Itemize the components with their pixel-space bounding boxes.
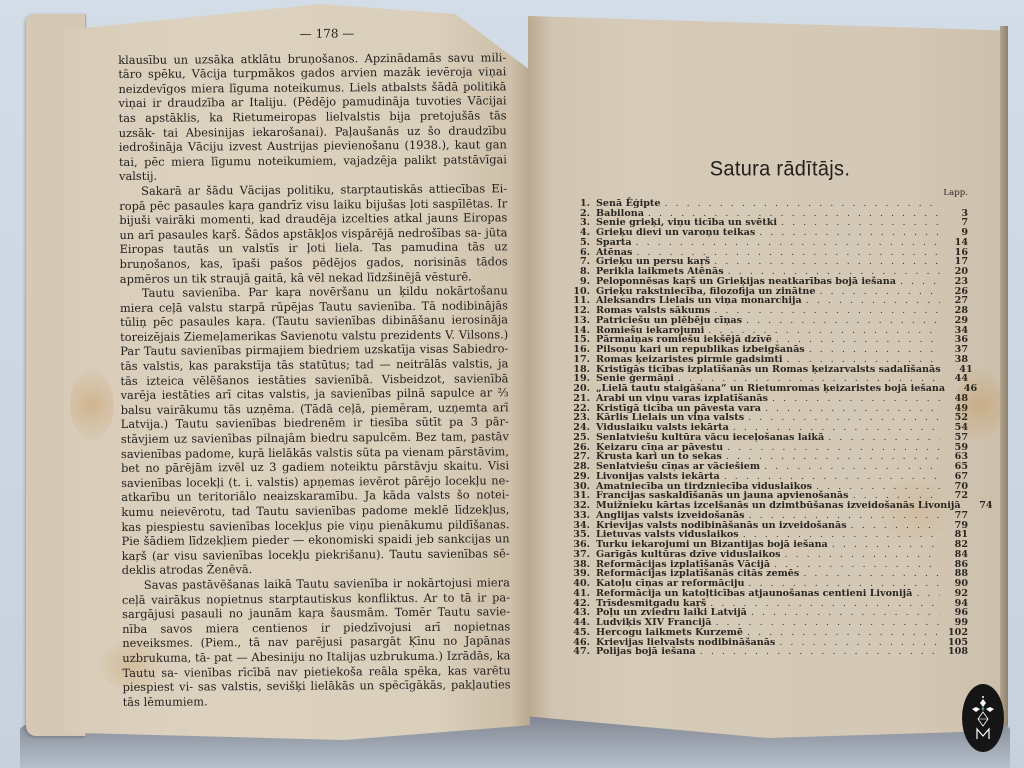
- text-line: Vāciju izvest Austrijas pievienošanu (19…: [188, 137, 507, 153]
- toc-dot-leader: ........................................…: [764, 462, 940, 472]
- toc-dot-leader: ........................................…: [785, 550, 940, 560]
- toc-dot-leader: ........................................…: [916, 589, 940, 599]
- toc-dot-leader: ........................................…: [746, 316, 940, 326]
- toc-dot-leader: ........................................…: [664, 199, 940, 209]
- toc-dot-leader: ........................................…: [714, 257, 940, 267]
- paper-stain: [70, 370, 114, 440]
- page-column-label: Lapp.: [938, 189, 968, 199]
- left-page-text: — 178 — klausību un uzsāka atklātu bruņo…: [118, 25, 511, 709]
- toc-dot-leader: ........................................…: [727, 443, 940, 453]
- toc-dot-leader: ........................................…: [809, 345, 940, 355]
- toc-dot-leader: ........................................…: [828, 433, 940, 443]
- text-line: kaŗš (ar visu savienības locekļu piekriš…: [122, 546, 510, 563]
- page-number: — 178 —: [118, 25, 506, 42]
- toc-dot-leader: ........................................…: [747, 628, 940, 638]
- toc-dot-leader: ........................................…: [832, 540, 940, 550]
- toc-entry-title: Polijas bojā iešana: [596, 647, 696, 657]
- toc-dot-leader: ........................................…: [819, 287, 940, 297]
- toc-dot-leader: ........................................…: [765, 404, 940, 414]
- open-book: — 178 — klausību un uzsāka atklātu bruņo…: [0, 0, 1024, 768]
- toc-dot-leader: ........................................…: [636, 238, 940, 248]
- toc-entry-page: 74: [969, 501, 993, 511]
- toc-dot-leader: ........................................…: [714, 306, 940, 316]
- toc-dot-leader: ........................................…: [779, 638, 940, 648]
- toc-list: Lapp.1.Senā Ēģipte......................…: [572, 189, 968, 657]
- folk-ornament-m-logo-icon: [968, 693, 998, 743]
- page-edge: [1000, 26, 1008, 726]
- paragraph: Tautu savienība. Par kaŗa novēršanu un ķ…: [120, 283, 510, 578]
- toc-dot-leader: ........................................…: [803, 569, 940, 579]
- toc-dot-leader: ........................................…: [715, 618, 940, 628]
- watermark-logo: [962, 684, 1004, 752]
- paragraph: Sakarā ar šādu Vācijas politiku, starpta…: [119, 181, 508, 286]
- text-line: valstij.: [119, 169, 157, 183]
- toc-dot-leader: ........................................…: [806, 296, 940, 306]
- text-line: tai, pēc miera līgumu noteikumiem, vajad…: [119, 152, 507, 169]
- toc-dot-leader: ........................................…: [759, 228, 940, 238]
- toc-dot-leader: ........................................…: [900, 277, 940, 287]
- toc-dot-leader: ........................................…: [751, 608, 940, 618]
- toc-dot-leader: ........................................…: [748, 413, 940, 423]
- toc-heading: Satura rādītājs.: [572, 157, 968, 181]
- toc-entry-page: 108: [944, 647, 968, 657]
- toc-dot-leader: ........................................…: [772, 394, 940, 404]
- toc-dot-leader: ........................................…: [851, 521, 940, 531]
- toc-entry: 47.Polijas bojā iešana..................…: [572, 647, 968, 657]
- toc-dot-leader: ........................................…: [781, 218, 940, 228]
- paragraph: klausību un uzsāka atklātu bruņošanos. A…: [118, 50, 507, 184]
- text-line: un tik straujā gaitā, kā vēl nekad līdzš…: [173, 269, 472, 285]
- paragraph: Savas pastāvēšanas laikā Tautu savienība…: [122, 575, 511, 709]
- text-line: deklis atrodas Ženēvā.: [122, 562, 253, 577]
- toc-entry-number: 47.: [572, 647, 596, 657]
- paragraphs: klausību un uzsāka atklātu bruņošanos. A…: [118, 50, 511, 709]
- toc-dot-leader: ........................................…: [700, 647, 940, 657]
- table-of-contents: Satura rādītājs. Lapp.1.Senā Ēģipte.....…: [572, 158, 968, 657]
